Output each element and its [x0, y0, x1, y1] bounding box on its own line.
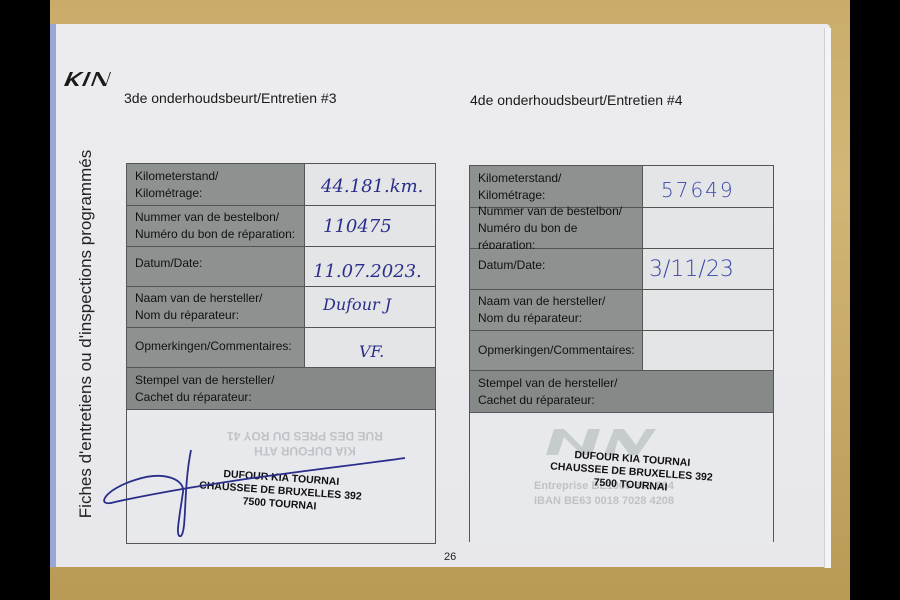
label-nl: Kilometerstand/: [135, 168, 296, 185]
repairer-field[interactable]: [643, 290, 773, 330]
label-fr: Numéro du bon de réparation:: [135, 226, 296, 243]
label-nl: Datum/Date:: [478, 257, 634, 274]
stamp-label: Stempel van de hersteller/Cachet du répa…: [470, 371, 773, 413]
ghost-line: IBAN BE63 0018 7028 4208: [534, 494, 674, 509]
repairer-value: Dufour J: [323, 295, 391, 314]
label-nl: Nummer van de bestelbon/: [478, 203, 634, 220]
mileage-value: 44.181.km.: [321, 176, 423, 197]
label-fr: Nom du réparateur:: [478, 310, 634, 327]
order-number-field[interactable]: [643, 208, 773, 248]
section-title-3: 3de onderhoudsbeurt/Entretien #3: [124, 90, 337, 106]
maintenance-form-4: Kilometerstand/Kilométrage: 57649 Nummer…: [469, 165, 774, 542]
label-nl: Opmerkingen/Commentaires:: [135, 338, 296, 355]
label-nl: Datum/Date:: [135, 255, 296, 272]
stamp-label: Stempel van de hersteller/Cachet du répa…: [127, 368, 435, 410]
date-value: 11.07.2023.: [313, 261, 422, 282]
form-row-date: Datum/Date: 11.07.2023.: [127, 247, 435, 287]
section-title-4: 4de onderhoudsbeurt/Entretien #4: [470, 92, 683, 108]
repairer-field[interactable]: Dufour J: [305, 287, 435, 327]
kia-logo-icon: [62, 66, 112, 90]
form-row-comments: Opmerkingen/Commentaires: VF.: [127, 328, 435, 368]
label-nl: Naam van de hersteller/: [135, 290, 296, 307]
form-row-comments: Opmerkingen/Commentaires:: [470, 331, 773, 371]
form-row-order-number: Nummer van de bestelbon/Numéro du bon de…: [470, 208, 773, 249]
label-nl: Naam van de hersteller/: [478, 293, 634, 310]
form-row-order-number: Nummer van de bestelbon/Numéro du bon de…: [127, 206, 435, 247]
label-fr: Nom du réparateur:: [135, 307, 296, 324]
comments-value: VF.: [359, 342, 384, 361]
page-number: 26: [444, 551, 456, 563]
mileage-field[interactable]: 57649: [643, 166, 773, 207]
signature-icon: [95, 440, 415, 540]
label-fr: Kilométrage:: [135, 185, 296, 202]
page-edge: [824, 28, 831, 568]
mileage-value: 57649: [661, 178, 735, 202]
date-field[interactable]: 11.07.2023.: [305, 247, 435, 286]
date-field[interactable]: 3/11/23: [643, 249, 773, 289]
label-fr: Cachet du réparateur:: [478, 392, 765, 409]
date-value: 3/11/23: [649, 257, 734, 282]
comments-field[interactable]: VF.: [305, 328, 435, 367]
form-row-date: Datum/Date: 3/11/23: [470, 249, 773, 290]
label-fr: Kilométrage:: [478, 187, 634, 204]
stamp-area: Entreprise BE1005 352 864 IBAN BE63 0018…: [470, 413, 773, 544]
label-nl: Opmerkingen/Commentaires:: [478, 342, 634, 359]
form-row-repairer: Naam van de hersteller/Nom du réparateur…: [127, 287, 435, 328]
label-nl: Stempel van de hersteller/: [135, 372, 427, 389]
label-fr: Cachet du réparateur:: [135, 389, 427, 406]
label-nl: Nummer van de bestelbon/: [135, 209, 296, 226]
order-number-value: 110475: [323, 216, 392, 237]
label-nl: Stempel van de hersteller/: [478, 375, 765, 392]
mileage-field[interactable]: 44.181.km.: [305, 164, 435, 205]
label-nl: Kilometerstand/: [478, 170, 634, 187]
form-row-mileage: Kilometerstand/Kilométrage: 44.181.km.: [127, 164, 435, 206]
comments-field[interactable]: [643, 331, 773, 370]
form-row-repairer: Naam van de hersteller/Nom du réparateur…: [470, 290, 773, 331]
side-title: Fiches d'entretiens ou d'inspections pro…: [76, 94, 96, 574]
order-number-field[interactable]: 110475: [305, 206, 435, 246]
